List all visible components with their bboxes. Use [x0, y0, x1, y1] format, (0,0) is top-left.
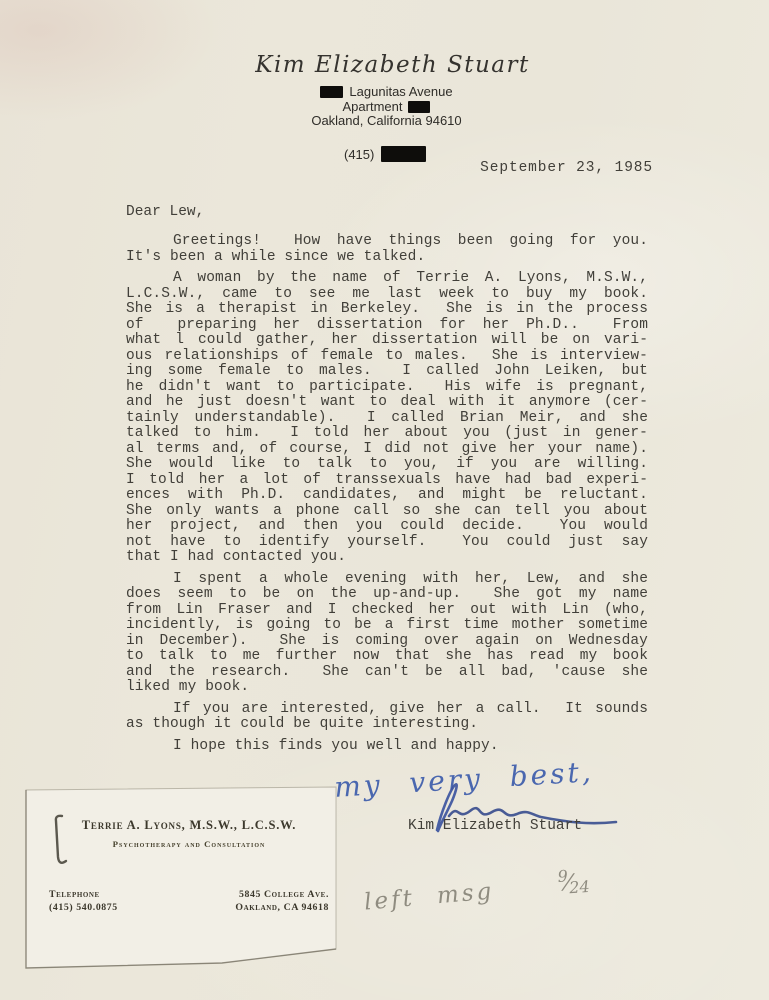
body-line: She would like to talk to you, if you ar… [126, 457, 648, 473]
body-line: She only wants a phone call so she can t… [126, 504, 648, 520]
letterhead-apartment-line: Apartment [343, 100, 431, 115]
body-line: to talk to me further now that she has r… [126, 649, 648, 665]
body-line: not have to identify yourself. You could… [126, 535, 648, 551]
letter-body: Greetings! How have things been going fo… [126, 234, 648, 760]
redaction-bar-street-number [320, 86, 343, 98]
card-telephone-label: Telephone [49, 889, 118, 902]
body-line: does seem to be on the up-and-up. She go… [126, 587, 648, 603]
card-telephone-number: (415) 540.0875 [49, 902, 118, 915]
body-line: of preparing her dissertation for her Ph… [126, 318, 648, 334]
body-line: A woman by the name of Terrie A. Lyons, … [126, 271, 648, 287]
letterhead-phone-line: (415) [344, 146, 426, 162]
body-line: She is a therapist in Berkeley. She is i… [126, 302, 648, 318]
body-line: It's been a while since we talked. [126, 250, 648, 266]
pencil-annotation: left msg [363, 878, 495, 915]
body-line: If you are interested, give her a call. … [126, 702, 648, 718]
body-line: al terms and, of course, I did not give … [126, 442, 648, 458]
body-line: I spent a whole evening with her, Lew, a… [126, 572, 648, 588]
body-line: as though it could be quite interesting. [126, 717, 648, 733]
body-line: I told her a lot of transsexuals have ha… [126, 473, 648, 489]
card-subtitle: Psychotherapy and Consultation [50, 839, 328, 849]
body-line: tainly understandable). I called Brian M… [126, 411, 648, 427]
body-line: L.C.S.W., came to see me last week to bu… [126, 287, 648, 303]
body-line: talked to him. I told her about you (jus… [126, 426, 648, 442]
paragraph: I hope this finds you well and happy. [126, 739, 648, 755]
card-name: Terrie A. Lyons, M.S.W., L.C.S.W. [50, 818, 328, 833]
business-card: Terrie A. Lyons, M.S.W., L.C.S.W. Psycho… [26, 790, 336, 967]
city-state-zip: Oakland, California 94610 [311, 114, 461, 129]
body-line: liked my book. [126, 680, 648, 696]
letterhead-street-line: Lagunitas Avenue [320, 85, 452, 100]
letterhead-name: Kim Elizabeth Stuart [8, 52, 769, 78]
letterhead-address: Lagunitas Avenue Apartment Oakland, Cali… [2, 85, 769, 129]
paragraph: If you are interested, give her a call. … [126, 702, 648, 733]
body-line: her project, and then you could decide. … [126, 519, 648, 535]
body-line: ing some female to males. I called John … [126, 364, 648, 380]
paragraph: I spent a whole evening with her, Lew, a… [126, 572, 648, 696]
body-line: I hope this finds you well and happy. [126, 739, 648, 755]
body-line: from Lin Fraser and I checked her out wi… [126, 603, 648, 619]
card-address-line1: 5845 College Ave. [235, 889, 329, 902]
body-line: and the research. She can't be all bad, … [126, 665, 648, 681]
body-line: Greetings! How have things been going fo… [126, 234, 648, 250]
annotation-date-month: 9 [557, 866, 568, 886]
typed-signature-name: Kim Elizabeth Stuart [408, 818, 582, 834]
card-address-block: 5845 College Ave. Oakland, CA 94618 [235, 889, 329, 914]
scanned-letter-page: Kim Elizabeth Stuart Lagunitas Avenue Ap… [0, 0, 769, 1000]
card-address-line2: Oakland, CA 94618 [235, 902, 329, 915]
body-line: in December). She is coming over again o… [126, 634, 648, 650]
letter-date: September 23, 1985 [480, 160, 653, 176]
phone-area-code: (415) [344, 147, 374, 162]
pencil-annotation-date: 9⁄24 [555, 867, 591, 897]
body-line: incidently, is going to be a first time … [126, 618, 648, 634]
body-line: ous relationships of female to males. Sh… [126, 349, 648, 365]
salutation: Dear Lew, [126, 204, 204, 220]
street-name: Lagunitas Avenue [349, 85, 452, 100]
body-line: ences with Ph.D. candidates, and might b… [126, 488, 648, 504]
body-line: he didn't want to participate. His wife … [126, 380, 648, 396]
paragraph: A woman by the name of Terrie A. Lyons, … [126, 271, 648, 566]
body-line: that I had contacted you. [126, 550, 648, 566]
annotation-date-day: 24 [569, 877, 591, 897]
paragraph: Greetings! How have things been going fo… [126, 234, 648, 265]
letterhead-city-line: Oakland, California 94610 [311, 114, 461, 129]
redaction-bar-apartment-number [408, 101, 430, 113]
redaction-bar-phone-number [381, 146, 426, 162]
body-line: and he just doesn't want to deal with it… [126, 395, 648, 411]
apartment-label: Apartment [343, 100, 403, 115]
body-line: what l could gather, her dissertation wi… [126, 333, 648, 349]
card-telephone-block: Telephone (415) 540.0875 [49, 889, 118, 914]
